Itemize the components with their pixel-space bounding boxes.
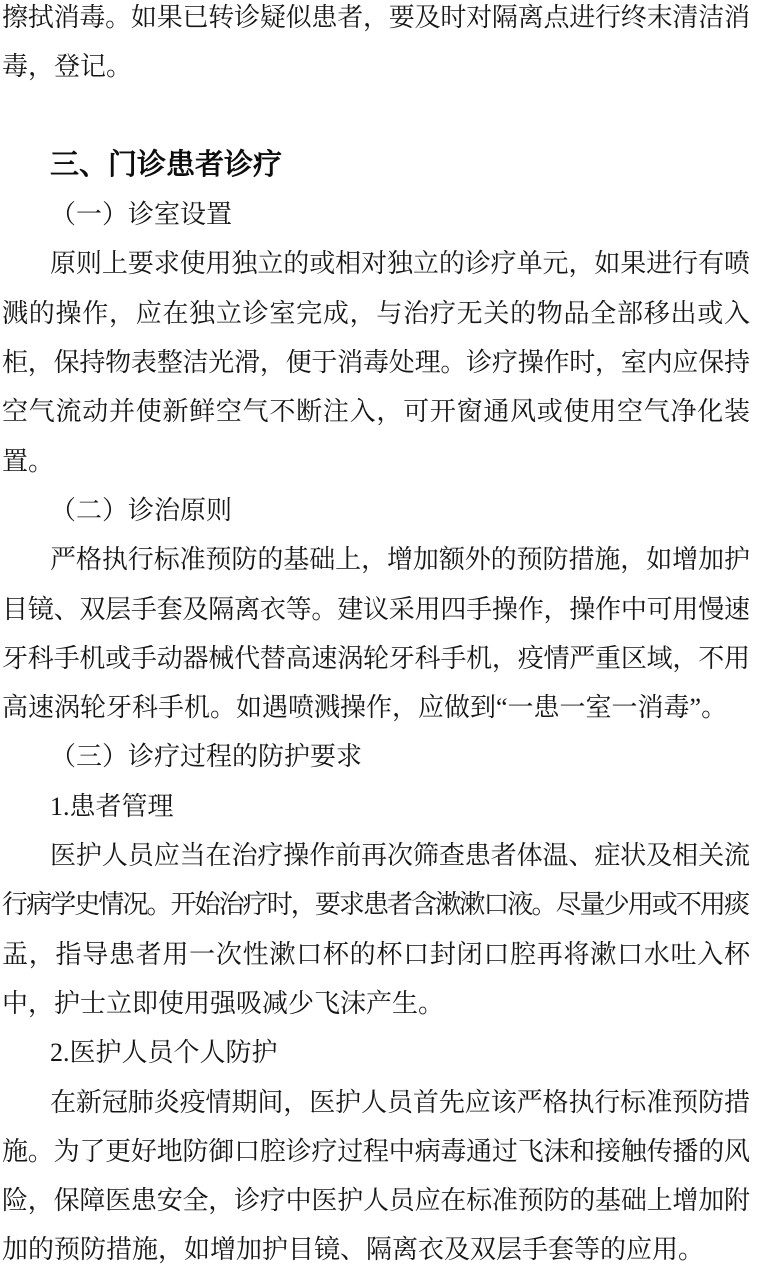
line-text: 盂，指导患者用一次性漱口杯的杯口封闭口腔再将漱口水吐入杯 [2,940,751,969]
line-text: 牙科手机或手动器械代替高速涡轮牙科手机，疫情严重区域，不用 [2,644,750,673]
text-line: 行病学史情况。开始治疗时，要求患者含漱漱口液。尽量少用或不用痰 [2,880,750,929]
document-text-block: 擦拭消毒。如果已转诊疑似患者，要及时对隔离点进行终末清洁消毒，登记。三、门诊患者… [2,0,750,1267]
line-text: 行病学史情况。开始治疗时，要求患者含漱漱口液。尽量少用或不用痰 [2,890,748,919]
line-text: 险，保障医患安全，诊疗中医护人员应在标准预防的基础上增加附 [2,1186,750,1215]
text-line: 原则上要求使用独立的或相对独立的诊疗单元，如果进行有喷 [2,239,750,288]
text-line: 目镜、双层手套及隔离衣等。建议采用四手操作，操作中可用慢速 [2,585,750,634]
line-text: 柜，保持物表整洁光滑，便于消毒处理。诊疗操作时，室内应保持 [2,348,750,377]
text-line: 中，护士立即使用强吸减少飞沫产生。 [2,979,750,1028]
text-line: 牙科手机或手动器械代替高速涡轮牙科手机，疫情严重区域，不用 [2,634,750,683]
text-line: 柜，保持物表整洁光滑，便于消毒处理。诊疗操作时，室内应保持 [2,338,750,387]
line-text: 原则上要求使用独立的或相对独立的诊疗单元，如果进行有喷 [50,249,750,278]
text-line: 高速涡轮牙科手机。如遇喷溅操作，应做到“一患一室一消毒”。 [2,683,750,732]
text-line: 空气流动并使新鲜空气不断注入，可开窗通风或使用空气净化装 [2,387,750,436]
line-text: 2.医护人员个人防护 [50,1038,278,1067]
subsection-heading: 1.患者管理 [2,782,750,831]
text-line: 置。 [2,437,750,486]
line-text: 高速涡轮牙科手机。如遇喷溅操作，应做到“一患一室一消毒”。 [2,693,727,722]
text-line: 险，保障医患安全，诊疗中医护人员应在标准预防的基础上增加附 [2,1176,750,1225]
text-line: 擦拭消毒。如果已转诊疑似患者，要及时对隔离点进行终末清洁消 [2,0,750,42]
line-text: （二）诊治原则 [50,496,232,525]
text-line: 施。为了更好地防御口腔诊疗过程中病毒通过飞沫和接触传播的风 [2,1127,750,1176]
line-text: 擦拭消毒。如果已转诊疑似患者，要及时对隔离点进行终末清洁消 [2,3,750,32]
line-text: 加的预防措施，如增加护目镜、隔离衣及双层手套等的应用。 [2,1235,704,1264]
line-text: （三）诊疗过程的防护要求 [50,742,362,771]
text-line: 溅的操作，应在独立诊室完成，与治疗无关的物品全部移出或入 [2,289,750,338]
text-line: 毒，登记。 [2,42,750,91]
subsection-heading: （一）诊室设置 [2,190,750,239]
text-line: 严格执行标准预防的基础上，增加额外的预防措施，如增加护 [2,535,750,584]
line-text: 毒，登记。 [2,52,132,81]
text-line: 盂，指导患者用一次性漱口杯的杯口封闭口腔再将漱口水吐入杯 [2,930,750,979]
text-line: 在新冠肺炎疫情期间，医护人员首先应该严格执行标准预防措 [2,1078,750,1127]
line-text: 置。 [2,447,54,476]
blank-line [2,92,750,141]
line-text: 严格执行标准预防的基础上，增加额外的预防措施，如增加护 [50,545,750,574]
subsection-heading: （三）诊疗过程的防护要求 [2,732,750,781]
subsection-heading: 2.医护人员个人防护 [2,1028,750,1077]
line-text: 在新冠肺炎疫情期间，医护人员首先应该严格执行标准预防措 [50,1088,750,1117]
line-text: 医护人员应当在治疗操作前再次筛查患者体温、症状及相关流 [50,841,750,870]
line-text: （一）诊室设置 [50,200,232,229]
line-text: 空气流动并使新鲜空气不断注入，可开窗通风或使用空气净化装 [2,397,751,426]
line-text: 施。为了更好地防御口腔诊疗过程中病毒通过飞沫和接触传播的风 [2,1137,750,1166]
text-line: 医护人员应当在治疗操作前再次筛查患者体温、症状及相关流 [2,831,750,880]
subsection-heading: （二）诊治原则 [2,486,750,535]
line-text: 中，护士立即使用强吸减少飞沫产生。 [2,989,444,1018]
line-text: 三、门诊患者诊疗 [50,149,282,181]
text-line: 加的预防措施，如增加护目镜、隔离衣及双层手套等的应用。 [2,1225,750,1267]
line-text: 目镜、双层手套及隔离衣等。建议采用四手操作，操作中可用慢速 [2,595,750,624]
section-heading: 三、门诊患者诊疗 [2,141,750,190]
document-page: 擦拭消毒。如果已转诊疑似患者，要及时对隔离点进行终末清洁消毒，登记。三、门诊患者… [0,0,768,1267]
line-text: 1.患者管理 [50,792,174,821]
line-text: 溅的操作，应在独立诊室完成，与治疗无关的物品全部移出或入 [2,299,751,328]
